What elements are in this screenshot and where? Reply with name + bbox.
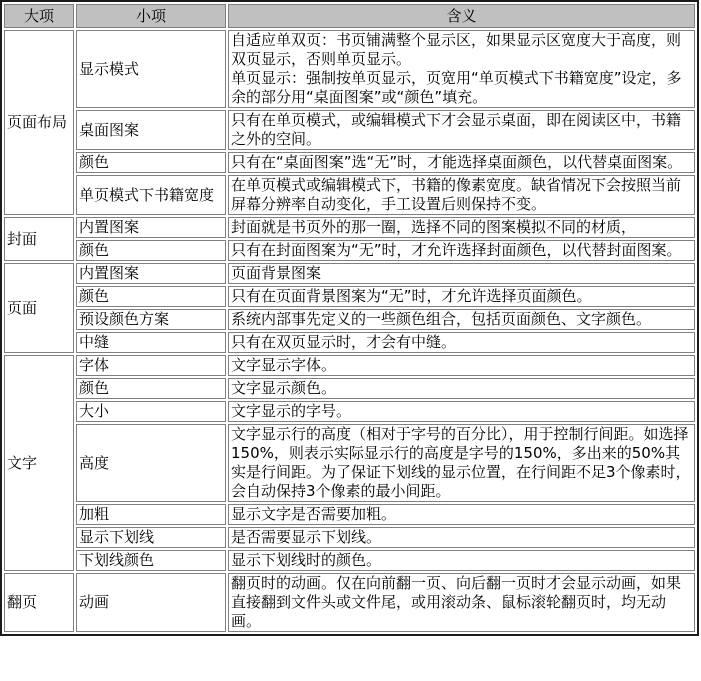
meaning-cell: 文字显示行的高度（相对于字号的百分比），用于控制行间距。如选择150%，则表示实…	[228, 424, 695, 502]
minor-item-cell: 颜色	[76, 378, 226, 399]
major-item-cell: 封面	[4, 217, 74, 261]
table-row: 翻页动画翻页时的动画。仅在向前翻一页、向后翻一页时才会显示动画，如果直接翻到文件…	[4, 573, 695, 632]
meaning-cell: 页面背景图案	[228, 263, 695, 284]
minor-item-cell: 加粗	[76, 504, 226, 525]
table-row: 颜色只有在“桌面图案”选“无”时，才能选择桌面颜色，以代替桌面图案。	[4, 152, 695, 173]
minor-item-cell: 中缝	[76, 332, 226, 353]
major-item-cell: 翻页	[4, 573, 74, 632]
meaning-cell: 文字显示的字号。	[228, 401, 695, 422]
minor-item-cell: 预设颜色方案	[76, 309, 226, 330]
header-row: 大项 小项 含义	[4, 4, 695, 28]
meaning-cell: 是否需要显示下划线。	[228, 527, 695, 548]
minor-item-cell: 内置图案	[76, 263, 226, 284]
major-item-cell: 文字	[4, 355, 74, 571]
minor-item-cell: 下划线颜色	[76, 550, 226, 571]
table-row: 颜色文字显示颜色。	[4, 378, 695, 399]
minor-item-cell: 高度	[76, 424, 226, 502]
table-row: 封面内置图案封面就是书页外的那一圈，选择不同的图案模拟不同的材质，	[4, 217, 695, 238]
meaning-cell: 文字显示字体。	[228, 355, 695, 376]
minor-item-cell: 单页模式下书籍宽度	[76, 175, 226, 215]
table-row: 颜色只有在封面图案为“无”时，才允许选择封面颜色，以代替封面图案。	[4, 240, 695, 261]
table-row: 页面布局显示模式自适应单双页：书页铺满整个显示区，如果显示区宽度大于高度，则双页…	[4, 30, 695, 108]
meaning-cell: 只有在“桌面图案”选“无”时，才能选择桌面颜色，以代替桌面图案。	[228, 152, 695, 173]
major-item-cell: 页面	[4, 263, 74, 353]
major-item-cell: 页面布局	[4, 30, 74, 215]
table-row: 中缝只有在双页显示时，才会有中缝。	[4, 332, 695, 353]
minor-item-cell: 字体	[76, 355, 226, 376]
minor-item-cell: 显示下划线	[76, 527, 226, 548]
meaning-cell: 显示文字是否需要加粗。	[228, 504, 695, 525]
minor-item-cell: 内置图案	[76, 217, 226, 238]
table-header-row: 大项 小项 含义	[4, 4, 695, 28]
meaning-cell: 自适应单双页：书页铺满整个显示区，如果显示区宽度大于高度，则双页显示，否则单页显…	[228, 30, 695, 108]
table-row: 桌面图案只有在单页模式，或编辑模式下才会显示桌面，即在阅读区中，书籍之外的空间。	[4, 110, 695, 150]
meaning-cell: 只有在封面图案为“无”时，才允许选择封面颜色，以代替封面图案。	[228, 240, 695, 261]
table-row: 加粗显示文字是否需要加粗。	[4, 504, 695, 525]
table-row: 大小文字显示的字号。	[4, 401, 695, 422]
table-row: 文字字体文字显示字体。	[4, 355, 695, 376]
meaning-cell: 只有在单页模式，或编辑模式下才会显示桌面，即在阅读区中，书籍之外的空间。	[228, 110, 695, 150]
minor-item-cell: 显示模式	[76, 30, 226, 108]
table-body: 页面布局显示模式自适应单双页：书页铺满整个显示区，如果显示区宽度大于高度，则双页…	[4, 30, 695, 632]
col-header-minor: 小项	[76, 4, 226, 28]
col-header-major: 大项	[4, 4, 74, 28]
minor-item-cell: 动画	[76, 573, 226, 632]
meaning-cell: 显示下划线时的颜色。	[228, 550, 695, 571]
meaning-cell: 只有在页面背景图案为“无”时，才允许选择页面颜色。	[228, 286, 695, 307]
table-row: 单页模式下书籍宽度在单页模式或编辑模式下，书籍的像素宽度。缺省情况下会按照当前屏…	[4, 175, 695, 215]
minor-item-cell: 颜色	[76, 286, 226, 307]
meaning-cell: 只有在双页显示时，才会有中缝。	[228, 332, 695, 353]
meaning-cell: 封面就是书页外的那一圈，选择不同的图案模拟不同的材质，	[228, 217, 695, 238]
minor-item-cell: 颜色	[76, 240, 226, 261]
meaning-cell: 在单页模式或编辑模式下，书籍的像素宽度。缺省情况下会按照当前屏幕分辨率自动变化，…	[228, 175, 695, 215]
meaning-cell: 翻页时的动画。仅在向前翻一页、向后翻一页时才会显示动画，如果直接翻到文件头或文件…	[228, 573, 695, 632]
meaning-cell: 文字显示颜色。	[228, 378, 695, 399]
table-row: 颜色只有在页面背景图案为“无”时，才允许选择页面颜色。	[4, 286, 695, 307]
table-row: 页面内置图案页面背景图案	[4, 263, 695, 284]
table-row: 预设颜色方案系统内部事先定义的一些颜色组合，包括页面颜色、文字颜色。	[4, 309, 695, 330]
table-row: 显示下划线是否需要显示下划线。	[4, 527, 695, 548]
minor-item-cell: 桌面图案	[76, 110, 226, 150]
col-header-meaning: 含义	[228, 4, 695, 28]
table-row: 下划线颜色显示下划线时的颜色。	[4, 550, 695, 571]
meaning-cell: 系统内部事先定义的一些颜色组合，包括页面颜色、文字颜色。	[228, 309, 695, 330]
minor-item-cell: 大小	[76, 401, 226, 422]
minor-item-cell: 颜色	[76, 152, 226, 173]
settings-help-table: 大项 小项 含义 页面布局显示模式自适应单双页：书页铺满整个显示区，如果显示区宽…	[0, 0, 699, 636]
table-row: 高度文字显示行的高度（相对于字号的百分比），用于控制行间距。如选择150%，则表…	[4, 424, 695, 502]
